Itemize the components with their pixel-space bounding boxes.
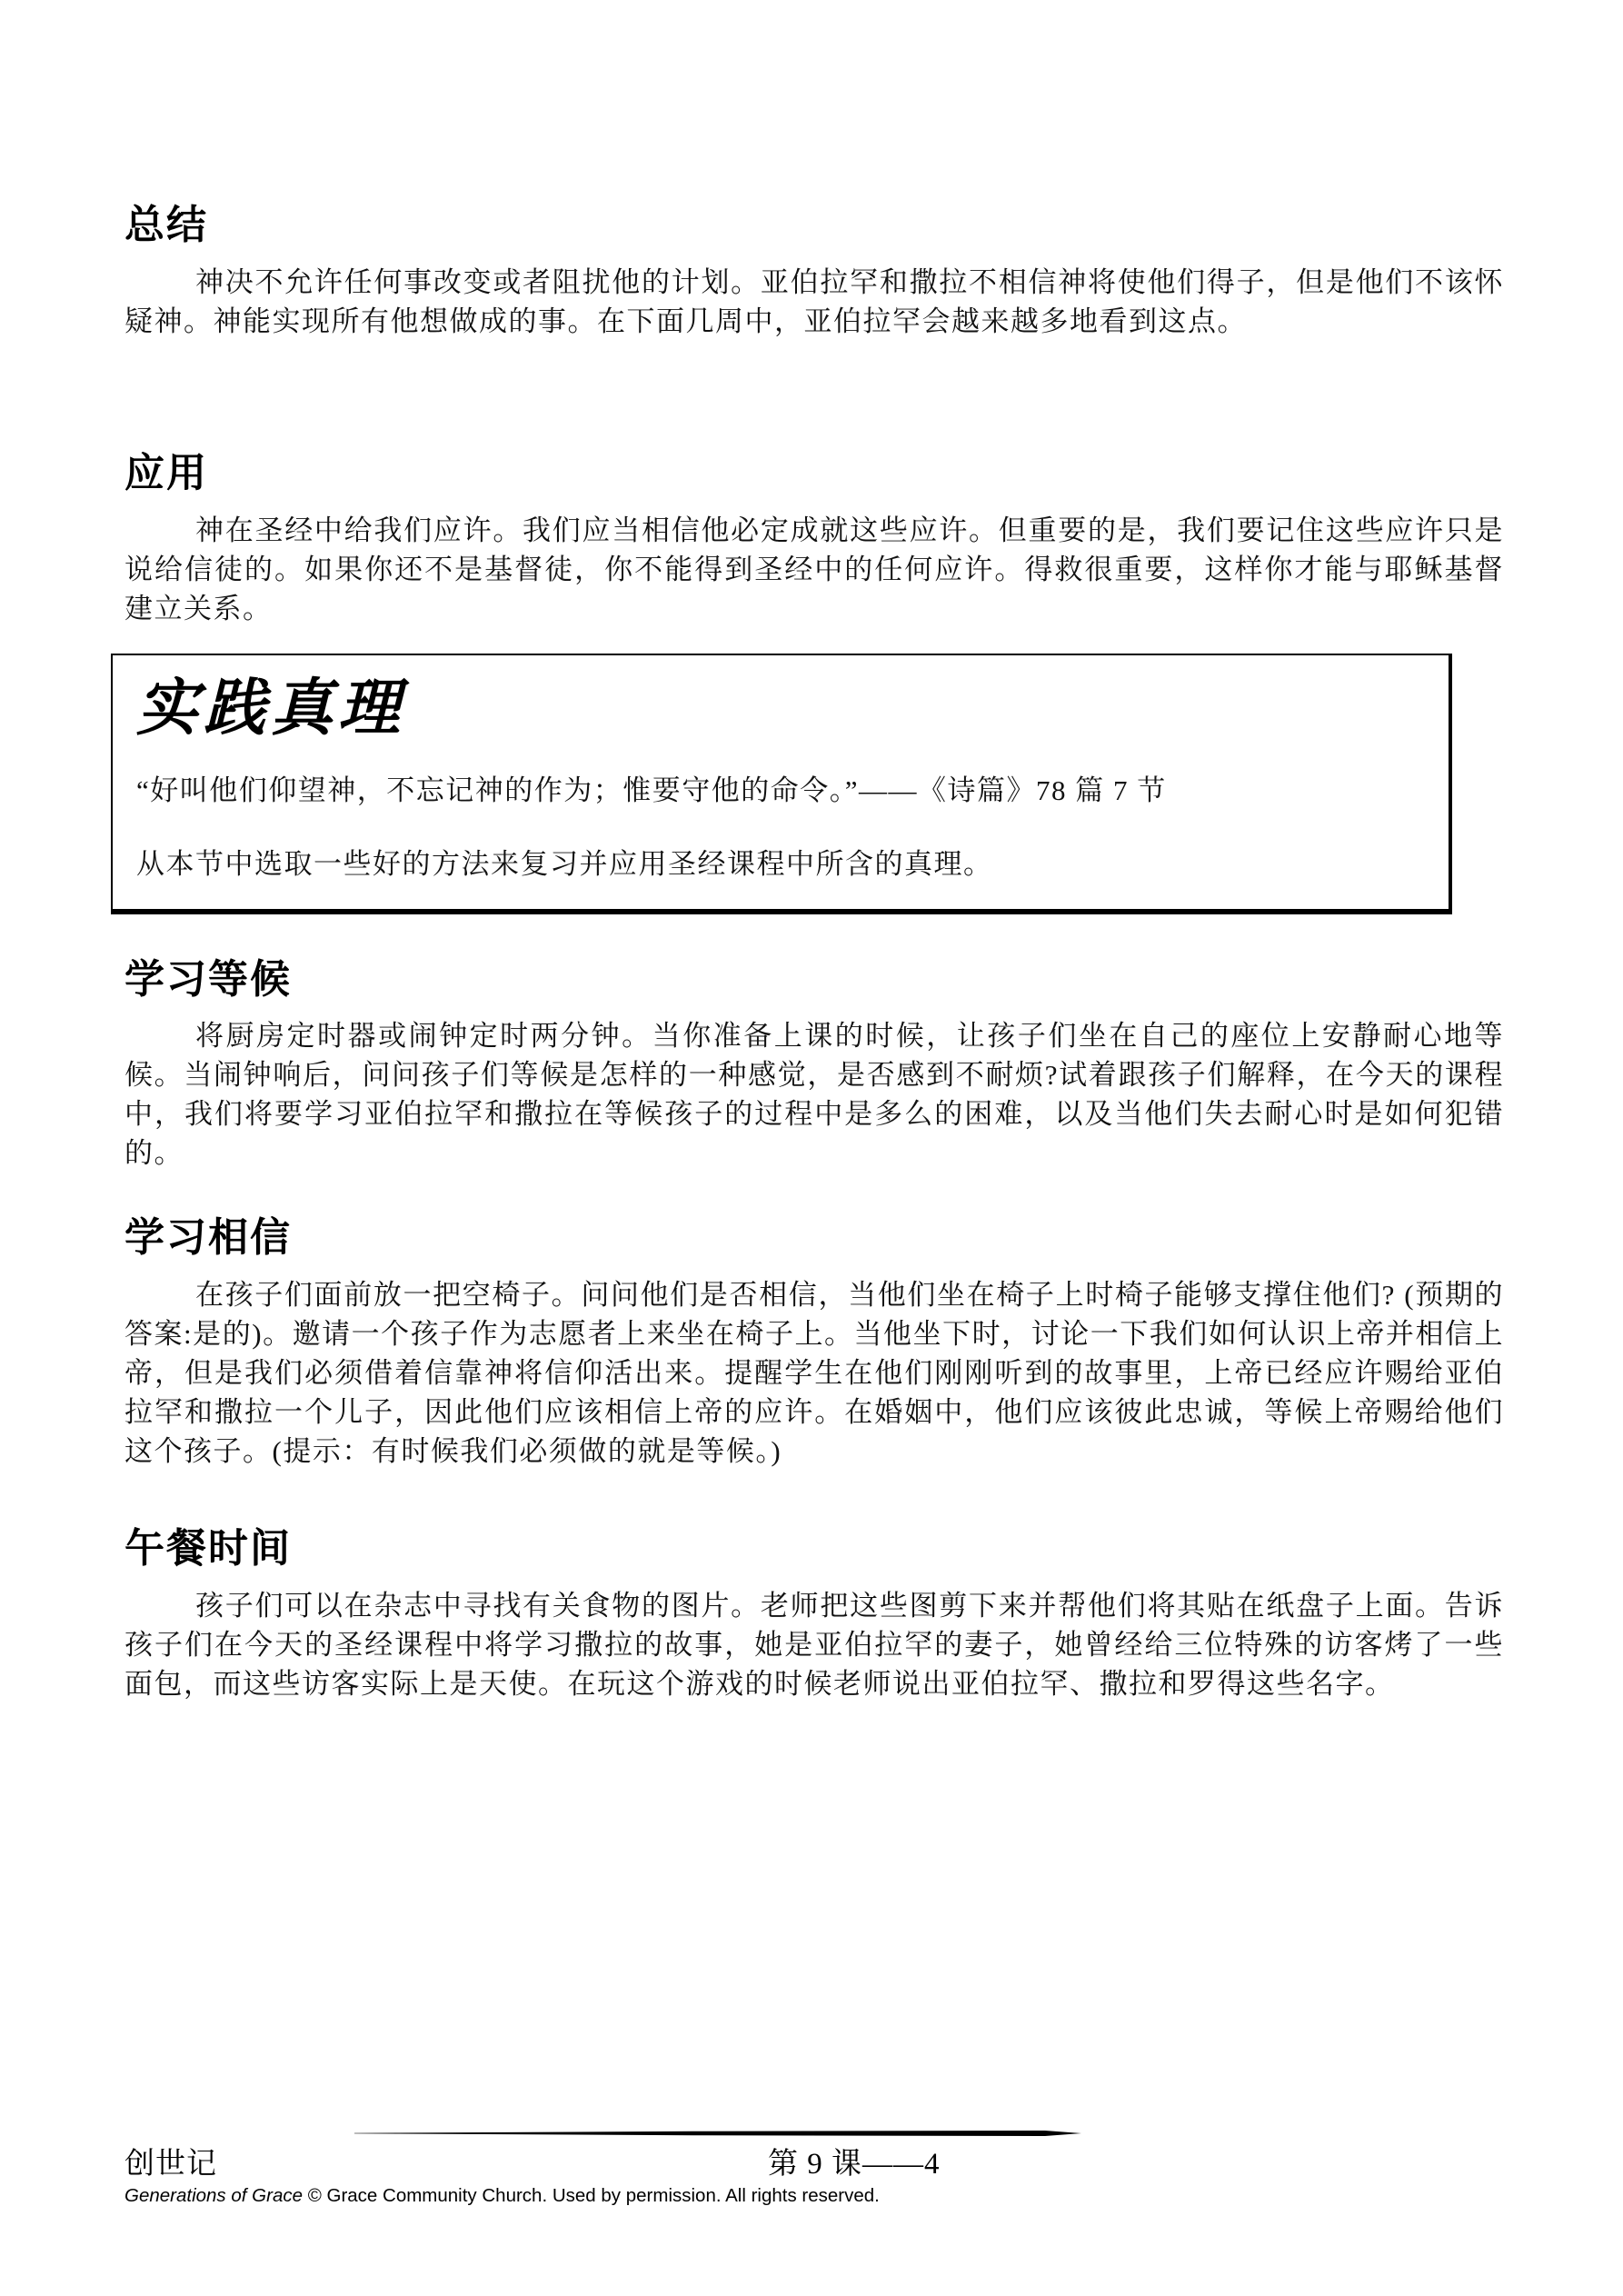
- footer-page-number: 第 9 课——4: [768, 2140, 941, 2182]
- copyright-line: Generations of Grace © Grace Community C…: [0, 2185, 1623, 2207]
- section-lunch-time: 午餐时间 孩子们可以在杂志中寻找有关食物的图片。老师把这些图剪下来并帮他们将其贴…: [124, 1525, 1504, 1703]
- learning-to-wait-body: 将厨房定时器或闹钟定时两分钟。当你准备上课的时候，让孩子们坐在自己的座位上安静耐…: [124, 1016, 1504, 1173]
- learning-to-wait-heading: 学习等候: [124, 956, 1504, 1004]
- learning-to-believe-heading: 学习相信: [124, 1214, 1504, 1263]
- footer-row: 创世记 第 9 课——4: [0, 2140, 1623, 2180]
- section-learning-to-believe: 学习相信 在孩子们面前放一把空椅子。问问他们是否相信，当他们坐在椅子上时椅子能够…: [124, 1214, 1504, 1471]
- learning-to-believe-body: 在孩子们面前放一把空椅子。问问他们是否相信，当他们坐在椅子上时椅子能够支撑住他们…: [124, 1275, 1504, 1471]
- practice-truth-heading: 实践真理: [136, 670, 1421, 747]
- application-body: 神在圣经中给我们应许。我们应当相信他必定成就这些应许。但重要的是，我们要记住这些…: [124, 511, 1504, 628]
- summary-heading: 总结: [124, 202, 1504, 250]
- footer-book-title: 创世记: [124, 2140, 217, 2182]
- practice-truth-box: 实践真理 “好叫他们仰望神，不忘记神的作为；惟要守他的命令。”——《诗篇》78 …: [111, 654, 1452, 914]
- section-application: 应用 神在圣经中给我们应许。我们应当相信他必定成就这些应许。但重要的是，我们要记…: [124, 450, 1504, 628]
- section-summary: 总结 神决不允许任何事改变或者阻扰他的计划。亚伯拉罕和撒拉不相信神将使他们得子，…: [124, 202, 1504, 341]
- copyright-text: © Grace Community Church. Used by permis…: [303, 2185, 880, 2206]
- practice-truth-instruction: 从本节中选取一些好的方法来复习并应用圣经课程中所含的真理。: [136, 844, 1421, 883]
- scripture-quote: “好叫他们仰望神，不忘记神的作为；惟要守他的命令。”——《诗篇》78 篇 7 节: [136, 771, 1421, 810]
- summary-body: 神决不允许任何事改变或者阻扰他的计划。亚伯拉罕和撒拉不相信神将使他们得子，但是他…: [124, 263, 1504, 341]
- page-footer: 创世记 第 9 课——4 Generations of Grace © Grac…: [0, 2131, 1623, 2207]
- document-page: 总结 神决不允许任何事改变或者阻扰他的计划。亚伯拉罕和撒拉不相信神将使他们得子，…: [0, 0, 1623, 2296]
- section-learning-to-wait: 学习等候 将厨房定时器或闹钟定时两分钟。当你准备上课的时候，让孩子们坐在自己的座…: [124, 956, 1504, 1173]
- lunch-time-heading: 午餐时间: [124, 1525, 1504, 1573]
- footer-divider: [354, 2131, 1081, 2136]
- application-heading: 应用: [124, 450, 1504, 498]
- copyright-series-title: Generations of Grace: [124, 2185, 303, 2206]
- lunch-time-body: 孩子们可以在杂志中寻找有关食物的图片。老师把这些图剪下来并帮他们将其贴在纸盘子上…: [124, 1586, 1504, 1703]
